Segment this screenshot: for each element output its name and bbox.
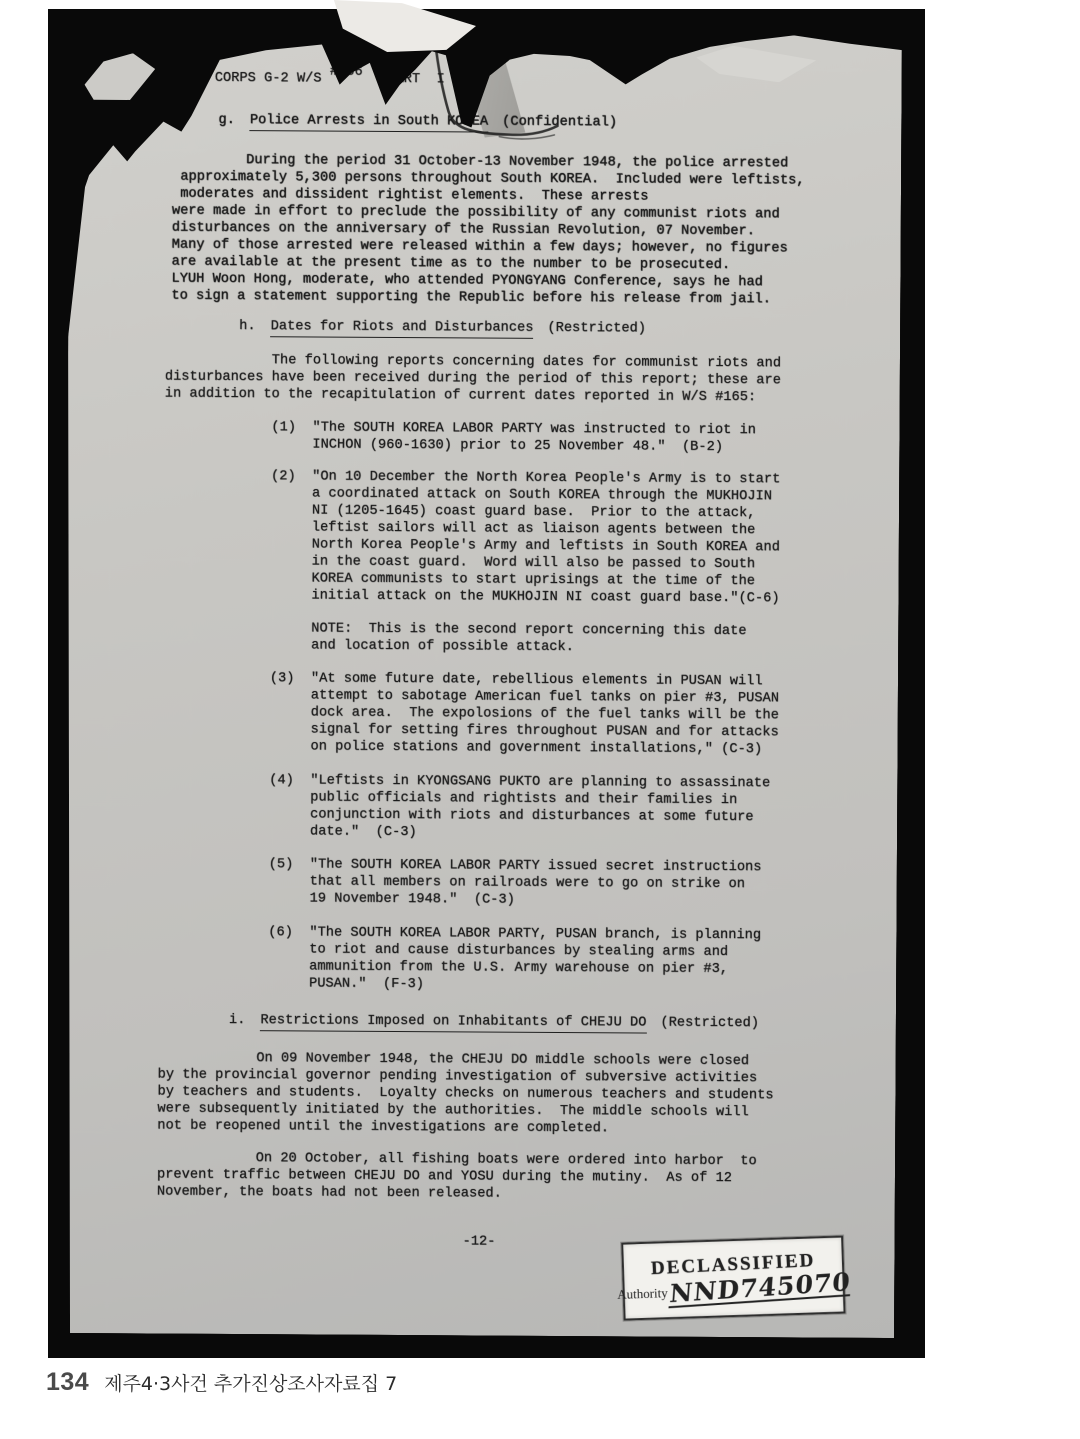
section-h-note: NOTE: This is the second report concerni… bbox=[163, 620, 746, 658]
authority-label: Authority bbox=[617, 1285, 668, 1307]
declassified-stamp: DECLASSIFIED Authority NND745070 bbox=[621, 1236, 845, 1321]
section-i-classification: (Restricted) bbox=[660, 1016, 759, 1032]
section-h-item-6: (6) "The SOUTH KOREA LABOR PARTY, PUSAN … bbox=[161, 924, 761, 996]
section-h-title: Dates for Riots and Disturbances bbox=[271, 319, 534, 339]
header-org: XXIV CORPS G-2 W/S bbox=[174, 71, 322, 87]
section-i-heading: i.Restrictions Imposed on Inhabitants of… bbox=[229, 1012, 759, 1032]
book-page-number: 134 bbox=[46, 1368, 89, 1397]
section-g-paragraph: During the period 31 October-13 November… bbox=[171, 152, 804, 309]
section-h-item-2: (2) "On 10 December the North Korea Peop… bbox=[163, 468, 780, 608]
book-caption: 134 제주4·3사건 추가진상조사자료집 7 bbox=[46, 1368, 397, 1397]
section-h-item-5: (5) "The SOUTH KOREA LABOR PARTY issued … bbox=[162, 856, 762, 911]
section-h-intro: The following reports concerning dates f… bbox=[165, 352, 781, 407]
page-number: -12- bbox=[463, 1233, 496, 1250]
header-issue-number: #166 bbox=[330, 65, 363, 80]
scan-background: XXIV CORPS G-2 W/S #166 PART I g.Police … bbox=[48, 9, 925, 1358]
document-paper: XXIV CORPS G-2 W/S #166 PART I g.Police … bbox=[62, 27, 902, 1338]
section-i-paragraph-1: On 09 November 1948, the CHEJU DO middle… bbox=[157, 1050, 774, 1139]
section-h-item-4: (4) "Leftists in KYONGSANG PUKTO are pla… bbox=[162, 772, 770, 844]
section-h-label: h. bbox=[239, 319, 256, 334]
section-g-label: g. bbox=[218, 113, 235, 128]
section-h-item-3: (3) "At some future date, rebellious ele… bbox=[163, 670, 780, 759]
book-title: 제주4·3사건 추가진상조사자료집 7 bbox=[104, 1369, 397, 1396]
section-h-item-1: (1) "The SOUTH KOREA LABOR PARTY was ins… bbox=[164, 419, 756, 457]
section-i-title: Restrictions Imposed on Inhabitants of C… bbox=[260, 1013, 646, 1033]
torn-paper-scrap-left bbox=[81, 51, 158, 105]
section-i-paragraph-2: On 20 October, all fishing boats were or… bbox=[157, 1150, 757, 1205]
section-h-heading: h.Dates for Riots and Disturbances(Restr… bbox=[239, 318, 646, 337]
section-i-label: i. bbox=[229, 1013, 246, 1028]
section-h-classification: (Restricted) bbox=[547, 321, 646, 337]
